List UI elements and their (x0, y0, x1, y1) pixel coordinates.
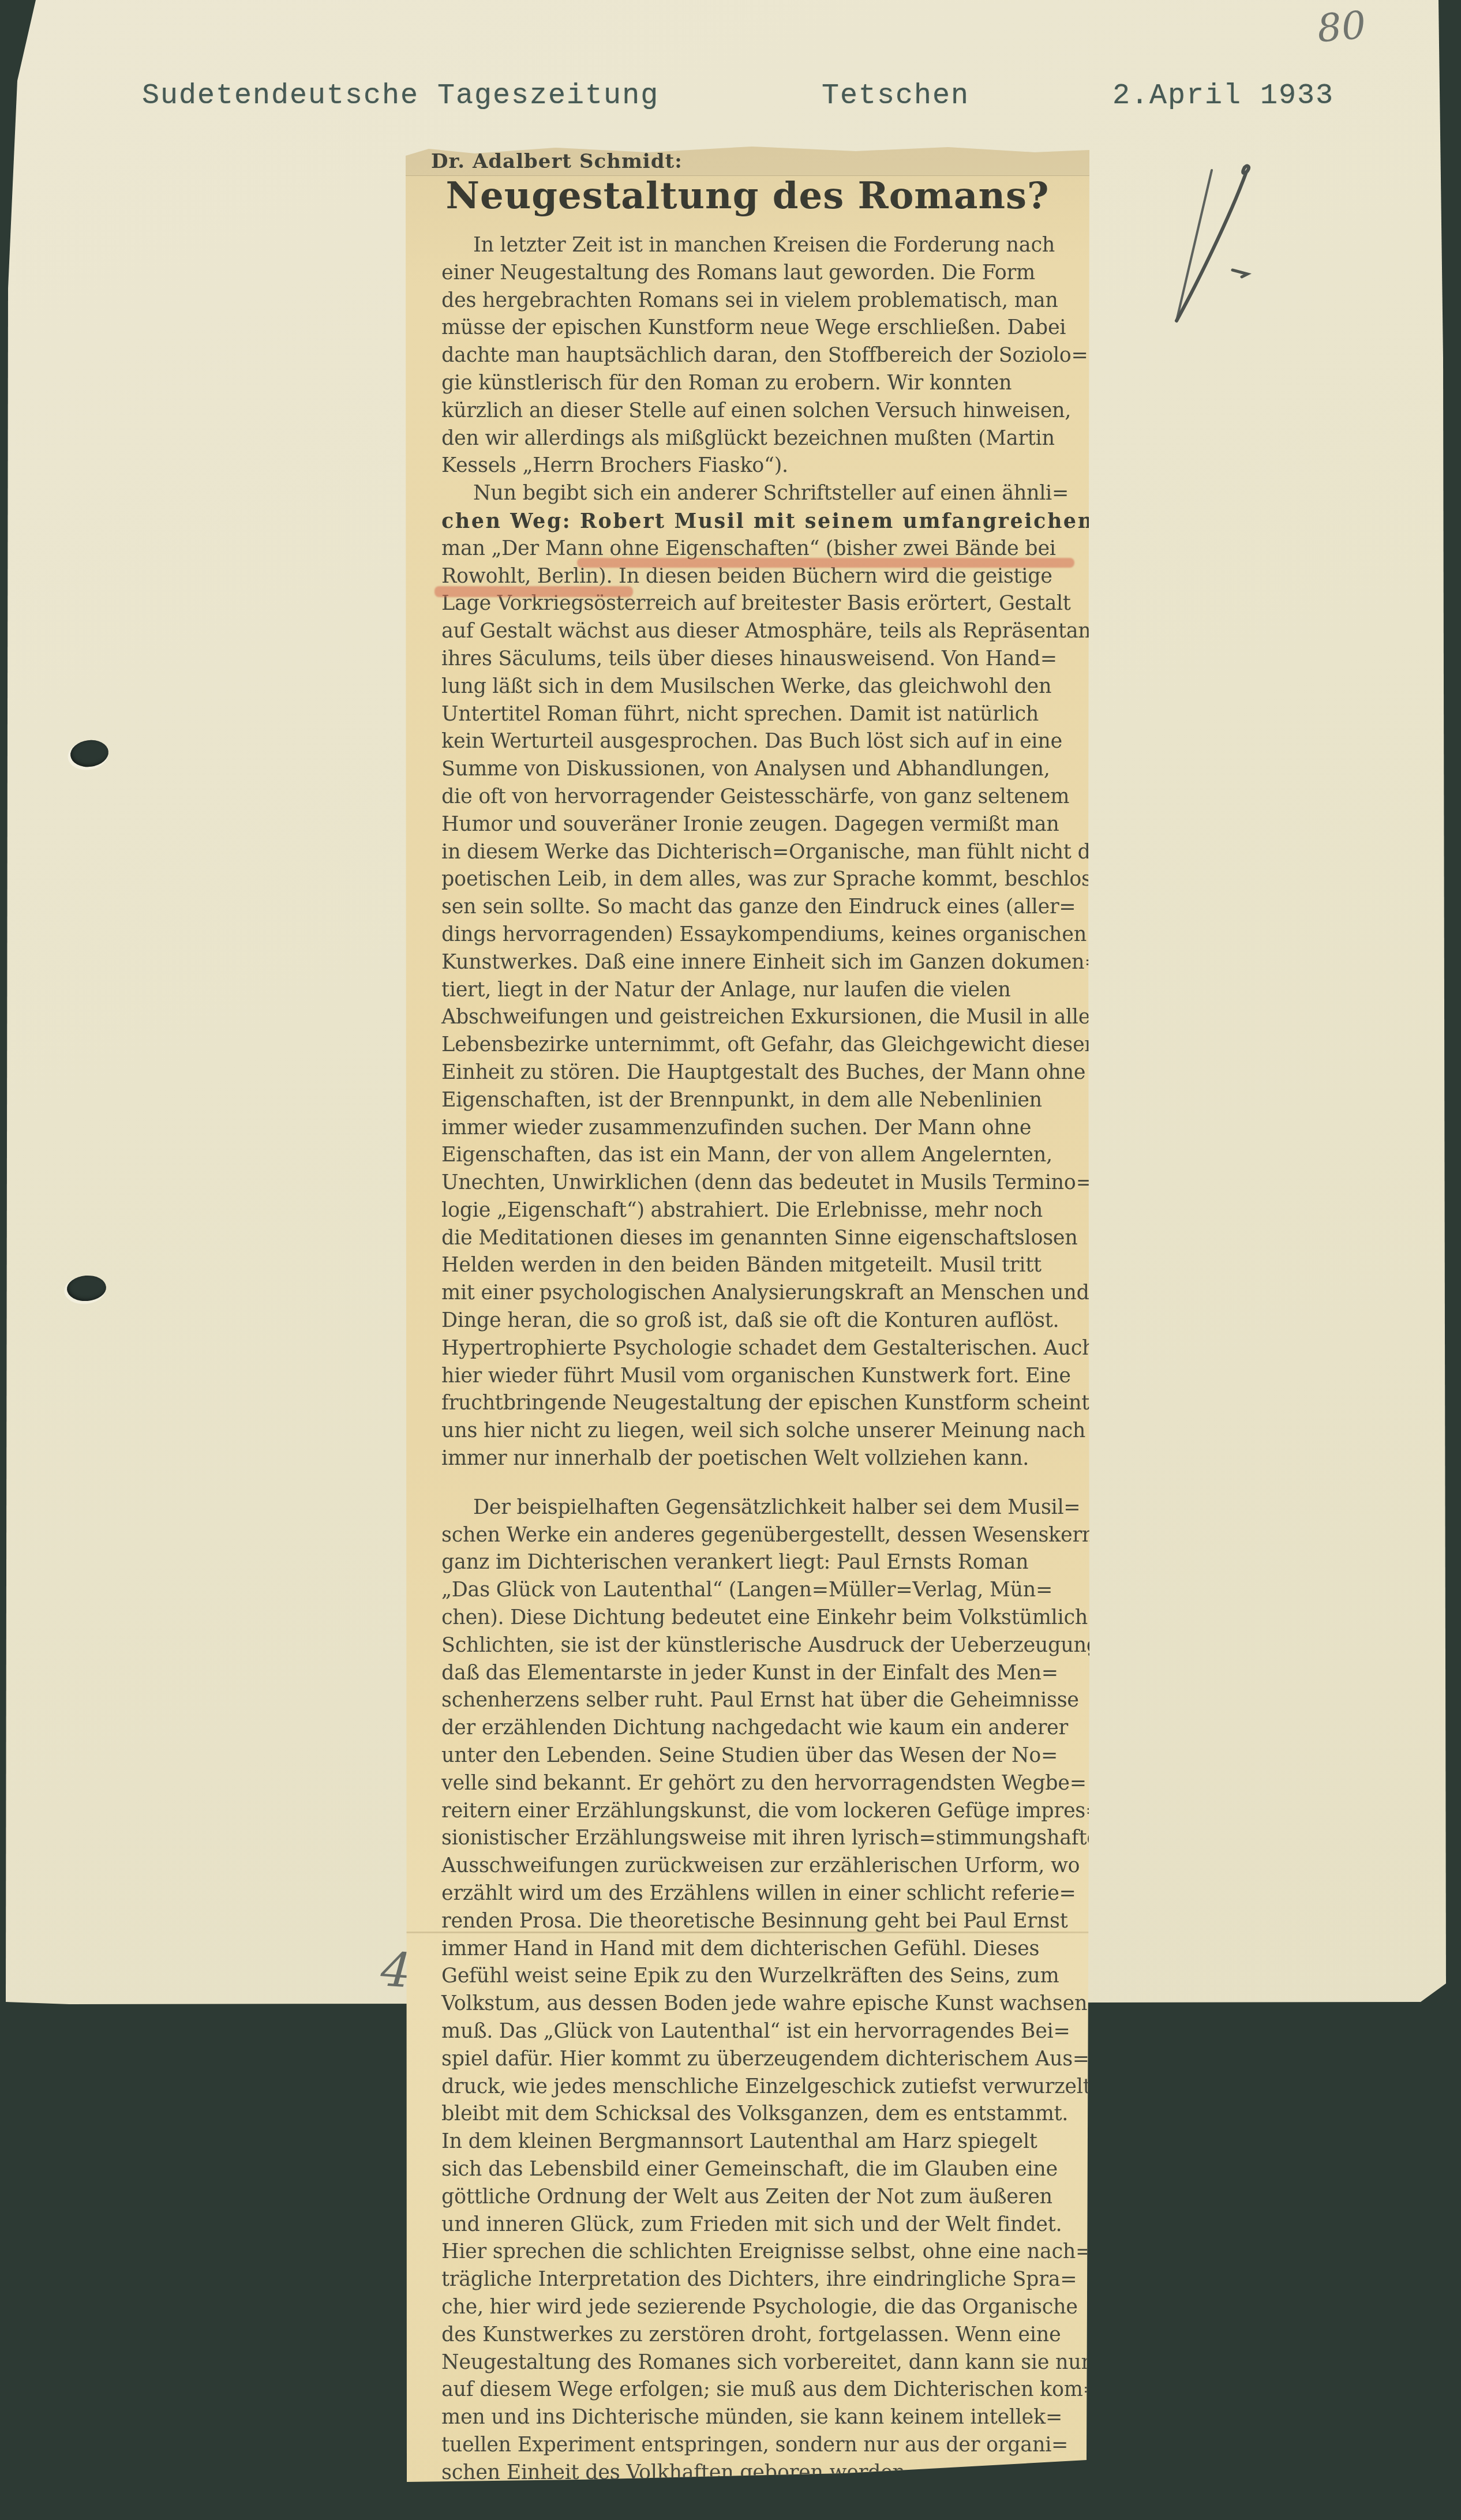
photo-backdrop: { "colors": { "backdrop": "#2d3a34", "pa… (0, 0, 1461, 2520)
article-line: des Kunstwerkes zu zerstören droht, fort… (441, 2322, 1069, 2349)
article-line: chen Weg: Robert Musil mit seinem umfang… (441, 508, 1069, 535)
article-byline: Dr. Adalbert Schmidt: (431, 150, 683, 173)
article-line: Summe von Diskussionen, von Analysen und… (441, 756, 1069, 783)
article-line: die Meditationen dieses im genannten Sin… (441, 1225, 1069, 1252)
article-line: göttliche Ordnung der Welt aus Zeiten de… (441, 2184, 1069, 2211)
article-line: chen). Diese Dichtung bedeutet eine Eink… (441, 1604, 1069, 1632)
article-line: des hergebrachten Romans sei in vielem p… (441, 287, 1069, 315)
article-line: Neugestaltung des Romanes sich vorbereit… (441, 2349, 1069, 2377)
page-number: 80 (1316, 2, 1368, 51)
article-line: den wir allerdings als mißglückt bezeich… (441, 425, 1069, 453)
article-line: che, hier wird jede sezierende Psycholog… (441, 2294, 1069, 2322)
article-line: müsse der epischen Kunstform neue Wege e… (441, 314, 1069, 342)
article-headline: Neugestaltung des Romans? (406, 174, 1089, 217)
article-line: schenherzens selber ruht. Paul Ernst hat… (441, 1687, 1069, 1715)
article-line: unter den Lebenden. Seine Studien über d… (441, 1742, 1069, 1770)
article-line: daß das Elementarste in jeder Kunst in d… (441, 1660, 1069, 1687)
article-line: erzählt wird um des Erzählens willen in … (441, 1880, 1069, 1908)
article-line: Untertitel Roman führt, nicht sprechen. … (441, 701, 1069, 729)
article-line: Hypertrophierte Psychologie schadet dem … (441, 1335, 1069, 1363)
article-line: Hier sprechen die schlichten Ereignisse … (441, 2238, 1069, 2266)
article-line: velle sind bekannt. Er gehört zu den her… (441, 1770, 1069, 1798)
article-line: Kessels „Herrn Brochers Fiasko“). (441, 452, 1069, 480)
article-line: Kunstwerkes. Daß eine innere Einheit sic… (441, 949, 1069, 977)
article-line: einer Neugestaltung des Romans laut gewo… (441, 260, 1069, 287)
article-line: der erzählenden Dichtung nachgedacht wie… (441, 1715, 1069, 1742)
red-underline-1 (577, 558, 1074, 568)
article-line: in diesem Werke das Dichterisch=Organisc… (441, 839, 1069, 867)
article-line: Eigenschaften, ist der Brennpunkt, in de… (441, 1087, 1069, 1115)
article-line: druck, wie jedes menschliche Einzelgesch… (441, 2073, 1069, 2101)
article-line: Einheit zu stören. Die Hauptgestalt des … (441, 1059, 1069, 1087)
place-name: Tetschen (822, 80, 969, 112)
article-line: lung läßt sich in dem Musilschen Werke, … (441, 673, 1069, 701)
article-line: auf diesem Wege erfolgen; sie muß aus de… (441, 2376, 1069, 2404)
article-line: uns hier nicht zu liegen, weil sich solc… (441, 1417, 1069, 1445)
article-line: bleibt mit dem Schicksal des Volksganzen… (441, 2101, 1069, 2128)
article-line: Dinge heran, die so groß ist, daß sie of… (441, 1307, 1069, 1335)
punch-hole-bottom (66, 1274, 107, 1303)
article-line: Humor und souveräner Ironie zeugen. Dage… (441, 811, 1069, 839)
article-line: Gefühl weist seine Epik zu den Wurzelkrä… (441, 1963, 1069, 1990)
article-line: auf Gestalt wächst aus dieser Atmosphäre… (441, 618, 1069, 646)
article-line: muß. Das „Glück von Lautenthal“ ist ein … (441, 2018, 1069, 2046)
article-line: Eigenschaften, das ist ein Mann, der von… (441, 1142, 1069, 1169)
article-line: kürzlich an dieser Stelle auf einen solc… (441, 397, 1069, 425)
article-line: Abschweifungen und geistreichen Exkursio… (441, 1004, 1069, 1032)
article-line: schen Werke ein anderes gegenübergestell… (441, 1522, 1069, 1550)
article-line: sich das Lebensbild einer Gemeinschaft, … (441, 2156, 1069, 2184)
pencil-checkmark-icon (1160, 156, 1275, 340)
article-line: Unechten, Unwirklichen (denn das bedeute… (441, 1169, 1069, 1197)
article-line: hier wieder führt Musil vom organischen … (441, 1363, 1069, 1390)
red-underline-2 (434, 586, 633, 597)
article-line: „Das Glück von Lautenthal“ (Langen=Mülle… (441, 1577, 1069, 1604)
article-line: Volkstum, aus dessen Boden jede wahre ep… (441, 1990, 1069, 2018)
article-line: men und ins Dichterische münden, sie kan… (441, 2404, 1069, 2432)
article-line: tuellen Experiment entspringen, sondern … (441, 2432, 1069, 2459)
article-line: Schlichten, sie ist der künstlerische Au… (441, 1632, 1069, 1660)
article-line: gie künstlerisch für den Roman zu erober… (441, 370, 1069, 397)
punch-hole-top (69, 738, 110, 769)
article-line: kein Werturteil ausgesprochen. Das Buch … (441, 728, 1069, 756)
article-line: spiel dafür. Hier kommt zu überzeugendem… (441, 2046, 1069, 2073)
article-line: die oft von hervorragender Geistesschärf… (441, 783, 1069, 811)
article-line: In dem kleinen Bergmannsort Lautenthal a… (441, 2128, 1069, 2156)
clipping-seam (406, 1932, 1089, 1933)
article-line: ganz im Dichterischen verankert liegt: P… (441, 1549, 1069, 1577)
article-line: immer Hand in Hand mit dem dichterischen… (441, 1936, 1069, 1963)
article-line: sionistischer Erzählungsweise mit ihren … (441, 1825, 1069, 1852)
article-line: schen Einheit des Volkhaften geboren wer… (441, 2459, 1069, 2487)
article-line: Der beispielhaften Gegensätzlichkeit hal… (441, 1494, 1069, 1522)
article-line: trägliche Interpretation des Dichters, i… (441, 2266, 1069, 2294)
article-line: logie „Eigenschaft“) abstrahiert. Die Er… (441, 1197, 1069, 1225)
article-line: reitern einer Erzählungskunst, die vom l… (441, 1798, 1069, 1825)
article-line: immer wieder zusammenzufinden suchen. De… (441, 1115, 1069, 1142)
article-line: tiert, liegt in der Natur der Anlage, nu… (441, 977, 1069, 1004)
newspaper-clipping: Dr. Adalbert Schmidt: Neugestaltung des … (406, 145, 1089, 2483)
issue-date: 2.April 1933 (1112, 80, 1334, 112)
article-line: immer nur innerhalb der poetischen Welt … (441, 1445, 1069, 1473)
publication-name: Sudetendeutsche Tageszeitung (142, 80, 659, 112)
article-line: Helden werden in den beiden Bänden mitge… (441, 1252, 1069, 1280)
article-line: ihres Säculums, teils über dieses hinaus… (441, 646, 1069, 673)
article-line: mit einer psychologischen Analysierungsk… (441, 1280, 1069, 1307)
article-line: sen sein sollte. So macht das ganze den … (441, 894, 1069, 921)
article-line: dachte man hauptsächlich daran, den Stof… (441, 342, 1069, 370)
article-line: poetischen Leib, in dem alles, was zur S… (441, 866, 1069, 894)
article-line: Lebensbezirke unternimmt, oft Gefahr, da… (441, 1032, 1069, 1059)
article-line: und inneren Glück, zum Frieden mit sich … (441, 2211, 1069, 2239)
article-line: Ausschweifungen zurückweisen zur erzähle… (441, 1852, 1069, 1880)
article-line: In letzter Zeit ist in manchen Kreisen d… (441, 232, 1069, 260)
article-body: In letzter Zeit ist in manchen Kreisen d… (441, 232, 1069, 2487)
article-line: fruchtbringende Neugestaltung der episch… (441, 1390, 1069, 1417)
article-line: Nun begibt sich ein anderer Schriftstell… (441, 480, 1069, 508)
article-line: dings hervorragenden) Essaykompendiums, … (441, 921, 1069, 949)
